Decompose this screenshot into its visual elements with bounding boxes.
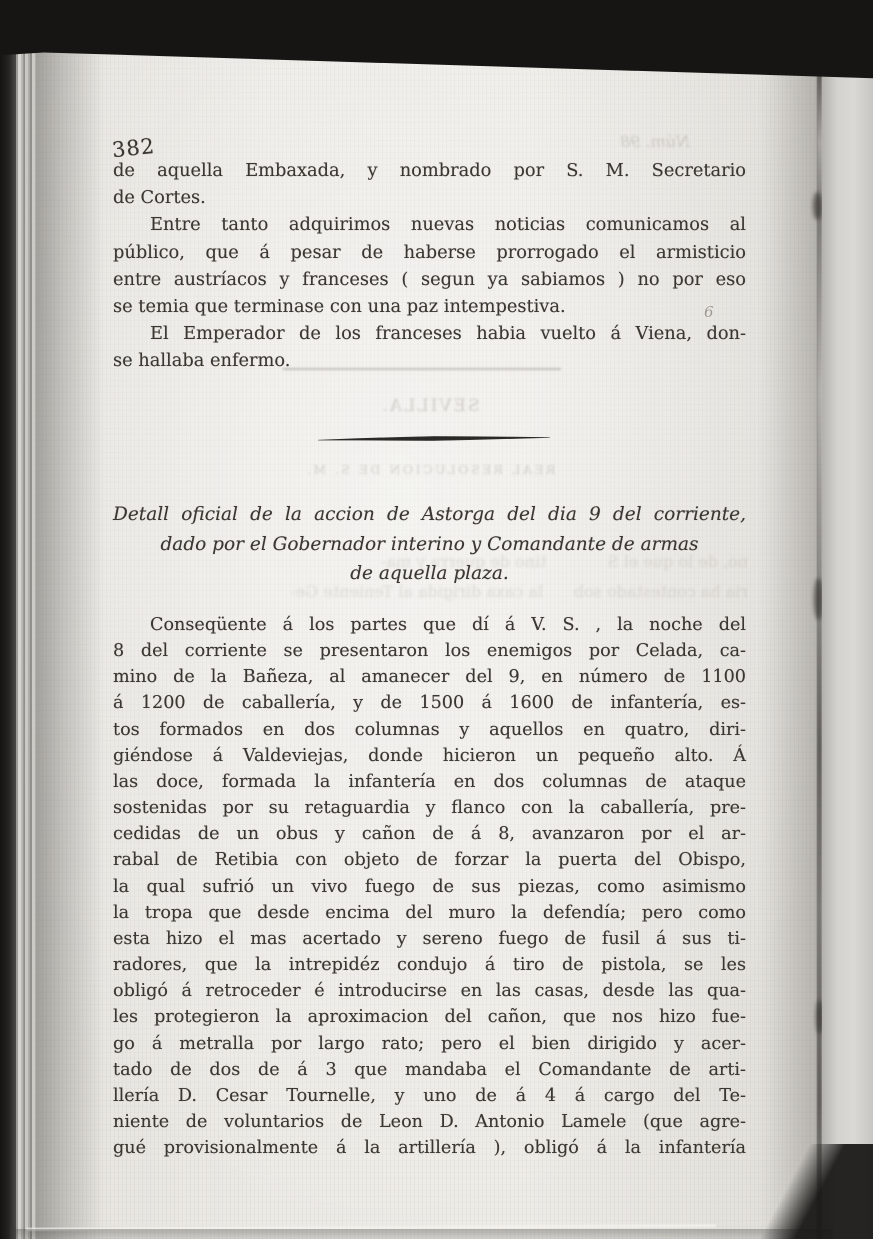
bleedthrough-issue-number: Núm. 98 bbox=[590, 132, 720, 151]
heading-line: de aquella plaza. bbox=[113, 559, 746, 589]
scanner-background-corner bbox=[713, 1144, 873, 1239]
text-line: cedidas de un obus y cañon de á 8, avanz… bbox=[113, 821, 746, 847]
text-line: llería D. Cesar Tournelle, y uno de á 4 … bbox=[113, 1083, 746, 1109]
text-line: mino de la Bañeza, al amanecer del 9, en… bbox=[113, 664, 746, 690]
text-line: esta hizo el mas acertado y sereno fuego… bbox=[113, 926, 746, 952]
adjacent-page-edge bbox=[822, 55, 873, 1239]
report-body: Conseqüente á los partes que dí á V. S. … bbox=[113, 612, 746, 1161]
bleedthrough-section-title: SEVILLA. bbox=[300, 396, 560, 416]
scanned-book-page: Núm. 98 SEVILLA. REAL RESOLUCION DE S. M… bbox=[0, 0, 873, 1239]
text-line: les protegieron la aproximacion del caño… bbox=[113, 1004, 746, 1030]
text-line: go á metralla por largo rato; pero el bi… bbox=[113, 1031, 746, 1057]
text-line: 8 del corriente se presentaron los enemi… bbox=[113, 638, 746, 664]
text-line: tado de dos de á 3 que mandaba el Comand… bbox=[113, 1057, 746, 1083]
text-line: entre austríacos y franceses ( segun ya … bbox=[113, 266, 746, 293]
text-line: la qual sufrió un vivo fuego de sus piez… bbox=[113, 874, 746, 900]
text-line: se hallaba enfermo. bbox=[113, 347, 746, 374]
text-line: las doce, formada la infantería en dos c… bbox=[113, 769, 746, 795]
page-bottom-shadow bbox=[10, 1229, 833, 1239]
page-curve-shadow bbox=[758, 60, 818, 1239]
text-line: obligó á retroceder é introducirse en la… bbox=[113, 978, 746, 1004]
text-line: se temia que terminase con una paz intem… bbox=[113, 293, 746, 320]
text-line: de Cortes. bbox=[113, 184, 746, 211]
bleedthrough-section-subtitle: REAL RESOLUCION DE S. M. bbox=[240, 462, 620, 477]
text-line: Entre tanto adquirimos nuevas noticias c… bbox=[113, 211, 746, 238]
stacked-page-edges bbox=[16, 40, 36, 1239]
text-line: Conseqüente á los partes que dí á V. S. … bbox=[113, 612, 746, 638]
text-line: sostenidas por su retaguardia y flanco c… bbox=[113, 795, 746, 821]
text-line: giéndose á Valdeviejas, donde hicieron u… bbox=[113, 743, 746, 769]
report-heading: Detall oficial de la accion de Astorga d… bbox=[113, 500, 746, 589]
text-line: radores, que la intrepidéz condujo á tir… bbox=[113, 952, 746, 978]
text-line: público, que á pesar de haberse prorroga… bbox=[113, 239, 746, 266]
text-line: á 1200 de caballería, y de 1500 á 1600 d… bbox=[113, 690, 746, 716]
text-line: tos formados en dos columnas y aquellos … bbox=[113, 717, 746, 743]
gutter-shadow bbox=[24, 40, 104, 1239]
text-line: gué provisionalmente á la artillería ), … bbox=[113, 1135, 746, 1161]
text-line: la tropa que desde encima del muro la de… bbox=[113, 900, 746, 926]
text-line: rabal de Retibia con objeto de forzar la… bbox=[113, 847, 746, 873]
text-line: niente de voluntarios de Leon D. Antonio… bbox=[113, 1109, 746, 1135]
heading-line: dado por el Gobernador interino y Comand… bbox=[113, 530, 746, 560]
text-line: El Emperador de los franceses habia vuel… bbox=[113, 320, 746, 347]
heading-line: Detall oficial de la accion de Astorga d… bbox=[113, 500, 746, 530]
text-line: de aquella Embaxada, y nombrado por S. M… bbox=[113, 157, 746, 184]
crease-dark-spot bbox=[813, 192, 822, 220]
book-spine-edge bbox=[0, 0, 16, 1239]
opening-paragraphs: de aquella Embaxada, y nombrado por S. M… bbox=[113, 157, 746, 375]
